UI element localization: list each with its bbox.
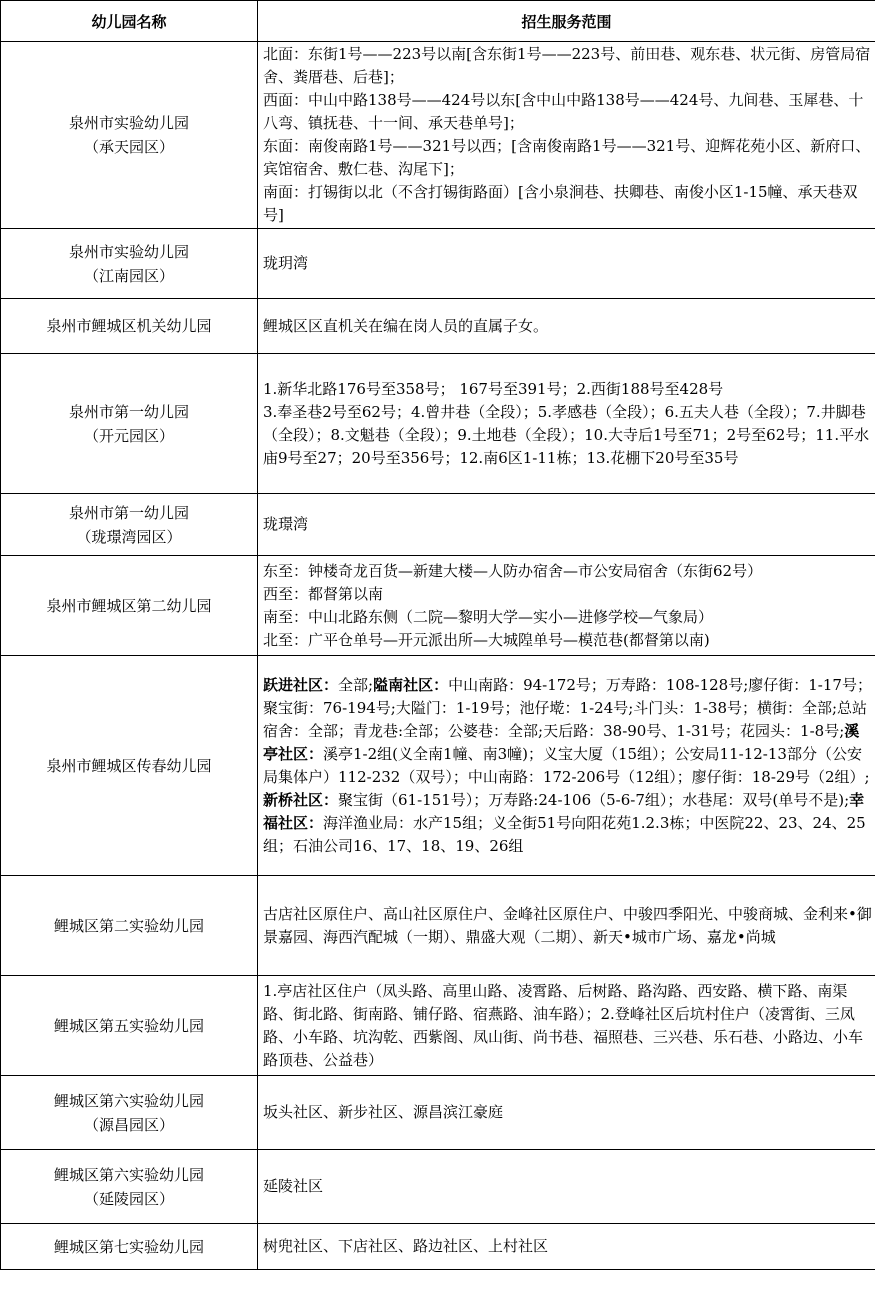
service-scope-line: 东面：南俊南路1号——321号以西；[含南俊南路1号——321号、迎辉花苑小区、… <box>263 135 873 181</box>
table-row: 泉州市实验幼儿园（承天园区）北面：东街1号——223号以南[含东街1号——223… <box>1 42 875 229</box>
kindergarten-name: 泉州市实验幼儿园 <box>7 111 251 135</box>
table-body: 泉州市实验幼儿园（承天园区）北面：东街1号——223号以南[含东街1号——223… <box>1 42 875 1270</box>
service-scope-cell: 延陵社区 <box>258 1150 875 1224</box>
community-label: 新桥社区： <box>263 791 338 809</box>
table-row: 鲤城区第六实验幼儿园（源昌园区）坂头社区、新步社区、源昌滨江豪庭 <box>1 1076 875 1150</box>
service-scope-line: 树兜社区、下店社区、路边社区、上村社区 <box>263 1235 873 1258</box>
kindergarten-name: 鲤城区第六实验幼儿园 <box>7 1089 251 1113</box>
kindergarten-name: （开元园区） <box>7 424 251 448</box>
table-row: 鲤城区第六实验幼儿园（延陵园区）延陵社区 <box>1 1150 875 1224</box>
service-scope-cell: 坂头社区、新步社区、源昌滨江豪庭 <box>258 1076 875 1150</box>
kindergarten-name: 鲤城区第二实验幼儿园 <box>7 914 251 938</box>
kindergarten-name: （源昌园区） <box>7 1113 251 1137</box>
service-scope-line: 珑玥湾 <box>263 252 873 275</box>
kindergarten-name-cell: 鲤城区第六实验幼儿园（延陵园区） <box>1 1150 258 1224</box>
service-scope-cell: 1.亭店社区住户（凤头路、高里山路、凌霄路、后树路、路沟路、西安路、横下路、南渠… <box>258 976 875 1076</box>
kindergarten-name-cell: 泉州市实验幼儿园（承天园区） <box>1 42 258 229</box>
service-scope-line: 3.奉圣巷2号至62号；4.曾井巷（全段）；5.孝感巷（全段）；6.五夫人巷（全… <box>263 401 873 470</box>
kindergarten-name-cell: 泉州市鲤城区机关幼儿园 <box>1 299 258 354</box>
table-row: 泉州市鲤城区第二幼儿园东至：钟楼奇龙百货—新建大楼—人防办宿舍—市公安局宿舍（东… <box>1 556 875 656</box>
service-scope-cell: 跃进社区：全部;隘南社区：中山南路：94-172号；万寿路：108-128号;廖… <box>258 656 875 876</box>
table-row: 泉州市鲤城区传春幼儿园跃进社区：全部;隘南社区：中山南路：94-172号；万寿路… <box>1 656 875 876</box>
service-scope-cell: 珑璟湾 <box>258 494 875 556</box>
service-scope-cell: 古店社区原住户、高山社区原住户、金峰社区原住户、中骏四季阳光、中骏商城、金利来•… <box>258 876 875 976</box>
table-row: 泉州市第一幼儿园（开元园区）1.新华北路176号至358号； 167号至391号… <box>1 354 875 494</box>
table-row: 泉州市鲤城区机关幼儿园鲤城区区直机关在编在岗人员的直属子女。 <box>1 299 875 354</box>
kindergarten-name: 鲤城区第七实验幼儿园 <box>7 1235 251 1259</box>
kindergarten-name-cell: 鲤城区第七实验幼儿园 <box>1 1224 258 1270</box>
service-scope-text: 海洋渔业局：水产15组；义全街51号向阳花苑1.2.3栋；中医院22、23、24… <box>263 814 866 855</box>
service-scope-text: 聚宝街（61-151号）；万寿路:24-106（5-6-7组）；水巷尾：双号(单… <box>338 791 849 809</box>
table-header-row: 幼儿园名称 招生服务范围 <box>1 1 875 42</box>
kindergarten-name: 泉州市第一幼儿园 <box>7 501 251 525</box>
table-row: 鲤城区第七实验幼儿园树兜社区、下店社区、路边社区、上村社区 <box>1 1224 875 1270</box>
kindergarten-name-cell: 鲤城区第五实验幼儿园 <box>1 976 258 1076</box>
service-scope-cell: 东至：钟楼奇龙百货—新建大楼—人防办宿舍—市公安局宿舍（东街62号）西至：都督第… <box>258 556 875 656</box>
service-scope-line: 北面：东街1号——223号以南[含东街1号——223号、前田巷、观东巷、状元街、… <box>263 43 873 89</box>
kindergarten-name-cell: 鲤城区第六实验幼儿园（源昌园区） <box>1 1076 258 1150</box>
table-row: 泉州市第一幼儿园（珑璟湾园区）珑璟湾 <box>1 494 875 556</box>
table-row: 泉州市实验幼儿园（江南园区）珑玥湾 <box>1 229 875 299</box>
kindergarten-name: 泉州市鲤城区机关幼儿园 <box>7 314 251 338</box>
community-label: 隘南社区： <box>373 676 448 694</box>
enrollment-table: 幼儿园名称 招生服务范围 泉州市实验幼儿园（承天园区）北面：东街1号——223号… <box>0 0 875 1270</box>
kindergarten-name: 鲤城区第五实验幼儿园 <box>7 1014 251 1038</box>
header-service-scope: 招生服务范围 <box>258 1 875 42</box>
service-scope-line: 西至：都督第以南 <box>263 583 873 606</box>
kindergarten-name-cell: 泉州市鲤城区第二幼儿园 <box>1 556 258 656</box>
service-scope-line: 延陵社区 <box>263 1175 873 1198</box>
service-scope-line: 南至：中山北路东侧（二院—黎明大学—实小—进修学校—气象局） <box>263 606 873 629</box>
kindergarten-name: （承天园区） <box>7 135 251 159</box>
service-scope-line: 1.新华北路176号至358号； 167号至391号；2.西街188号至428号 <box>263 378 873 401</box>
service-scope-cell: 珑玥湾 <box>258 229 875 299</box>
service-scope-cell: 北面：东街1号——223号以南[含东街1号——223号、前田巷、观东巷、状元街、… <box>258 42 875 229</box>
service-scope-line: 古店社区原住户、高山社区原住户、金峰社区原住户、中骏四季阳光、中骏商城、金利来•… <box>263 903 873 949</box>
kindergarten-name-cell: 泉州市鲤城区传春幼儿园 <box>1 656 258 876</box>
kindergarten-name: 泉州市实验幼儿园 <box>7 240 251 264</box>
kindergarten-name: （江南园区） <box>7 264 251 288</box>
table-row: 鲤城区第五实验幼儿园1.亭店社区住户（凤头路、高里山路、凌霄路、后树路、路沟路、… <box>1 976 875 1076</box>
service-scope-line: 珑璟湾 <box>263 513 873 536</box>
service-scope-text: 溪亭1-2组(义全南1幢、南3幢)；义宝大厦（15组）；公安局11-12-13部… <box>263 745 870 786</box>
community-label: 跃进社区： <box>263 676 338 694</box>
kindergarten-name-cell: 泉州市第一幼儿园（开元园区） <box>1 354 258 494</box>
kindergarten-name: 鲤城区第六实验幼儿园 <box>7 1163 251 1187</box>
service-scope-line: 东至：钟楼奇龙百货—新建大楼—人防办宿舍—市公安局宿舍（东街62号） <box>263 560 873 583</box>
service-scope-line: 南面：打锡街以北（不含打锡街路面）[含小泉涧巷、扶卿巷、南俊小区1-15幢、承天… <box>263 181 873 227</box>
service-scope-text: 全部; <box>338 676 373 694</box>
kindergarten-name-cell: 泉州市实验幼儿园（江南园区） <box>1 229 258 299</box>
service-scope-line: 坂头社区、新步社区、源昌滨江豪庭 <box>263 1101 873 1124</box>
service-scope-line: 鲤城区区直机关在编在岗人员的直属子女。 <box>263 315 873 338</box>
service-scope-cell: 1.新华北路176号至358号； 167号至391号；2.西街188号至428号… <box>258 354 875 494</box>
service-scope-cell: 鲤城区区直机关在编在岗人员的直属子女。 <box>258 299 875 354</box>
service-scope-cell: 树兜社区、下店社区、路边社区、上村社区 <box>258 1224 875 1270</box>
header-kindergarten-name: 幼儿园名称 <box>1 1 258 42</box>
kindergarten-name: 泉州市鲤城区传春幼儿园 <box>7 754 251 778</box>
kindergarten-name-cell: 泉州市第一幼儿园（珑璟湾园区） <box>1 494 258 556</box>
kindergarten-name-cell: 鲤城区第二实验幼儿园 <box>1 876 258 976</box>
service-scope-line: 1.亭店社区住户（凤头路、高里山路、凌霄路、后树路、路沟路、西安路、横下路、南渠… <box>263 980 873 1072</box>
service-scope-line: 西面：中山中路138号——424号以东[含中山中路138号——424号、九间巷、… <box>263 89 873 135</box>
kindergarten-name: （珑璟湾园区） <box>7 525 251 549</box>
service-scope-line: 北至：广平仓单号—开元派出所—大城隍单号—模范巷(都督第以南) <box>263 629 873 652</box>
kindergarten-name: （延陵园区） <box>7 1187 251 1211</box>
kindergarten-name: 泉州市第一幼儿园 <box>7 400 251 424</box>
kindergarten-name: 泉州市鲤城区第二幼儿园 <box>7 594 251 618</box>
table-row: 鲤城区第二实验幼儿园古店社区原住户、高山社区原住户、金峰社区原住户、中骏四季阳光… <box>1 876 875 976</box>
